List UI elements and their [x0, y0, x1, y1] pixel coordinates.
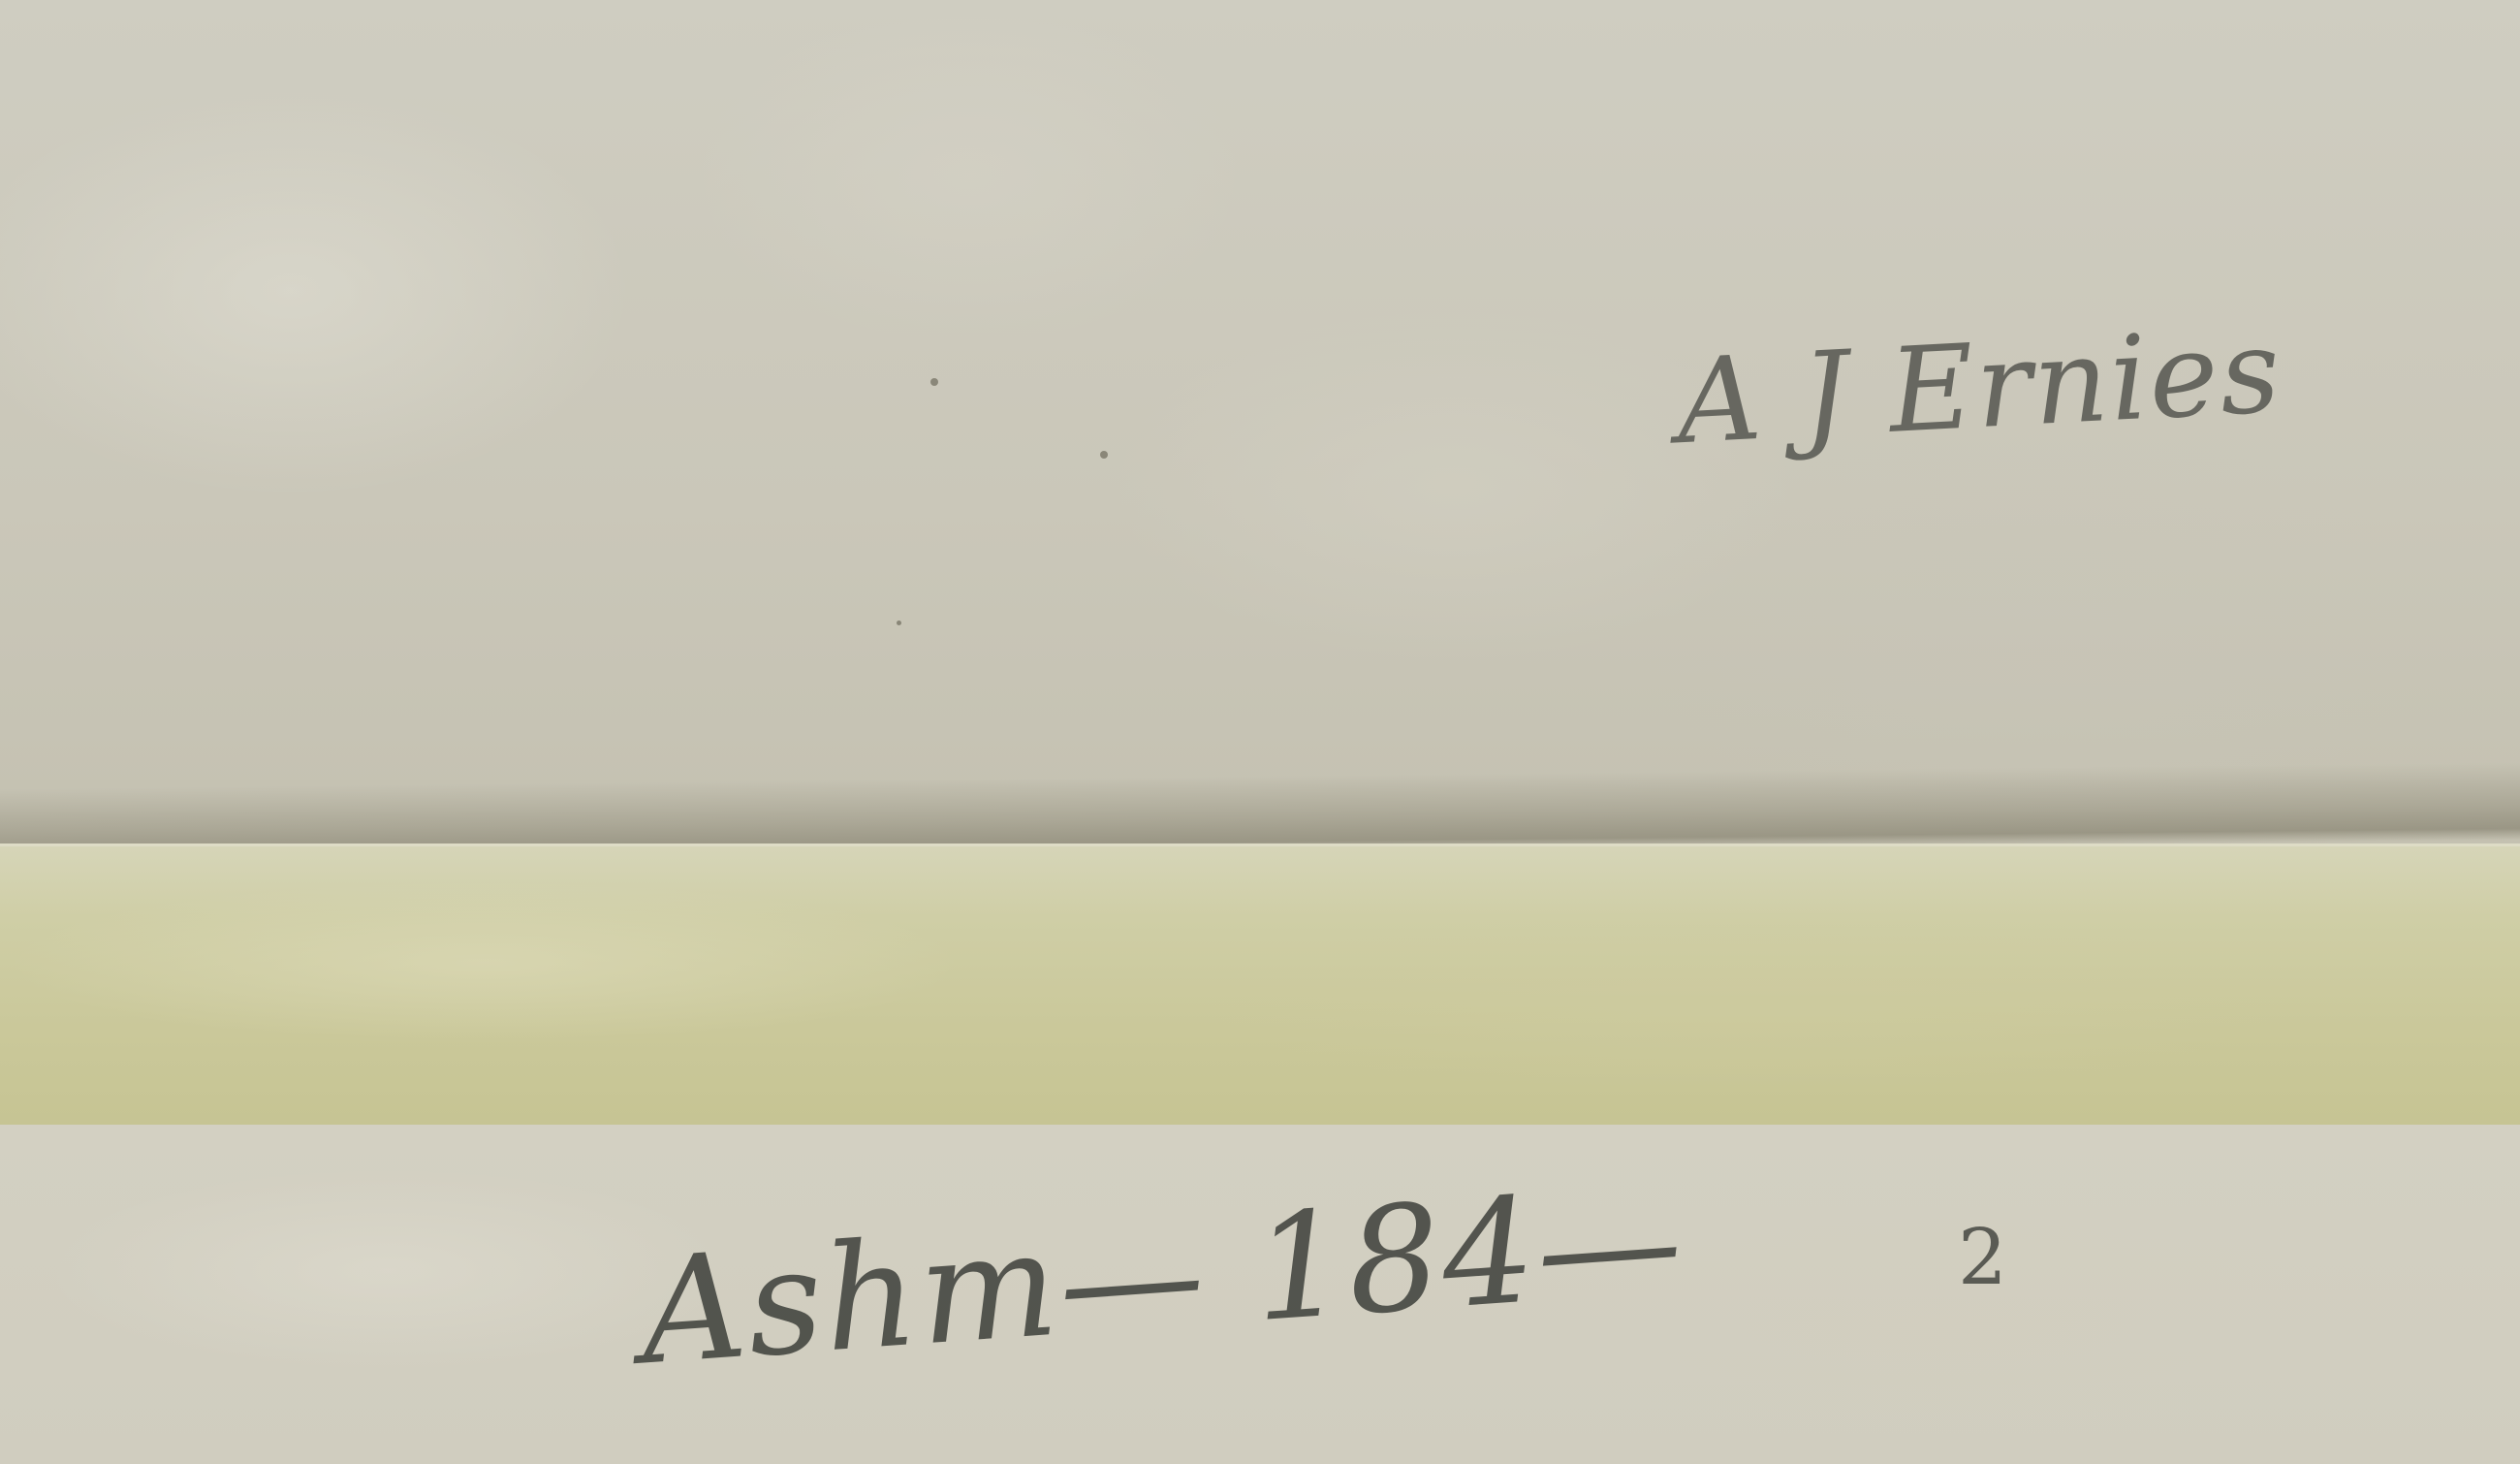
- paper-sheet: A J Ernies Ashm— 184— 2: [0, 0, 2520, 1464]
- paper-speck: [930, 378, 938, 386]
- tape-strip: [0, 843, 2520, 1131]
- paper-speck: [897, 621, 901, 625]
- lower-pencil-mark: 2: [1958, 1212, 2007, 1302]
- paper-speck: [1100, 451, 1108, 459]
